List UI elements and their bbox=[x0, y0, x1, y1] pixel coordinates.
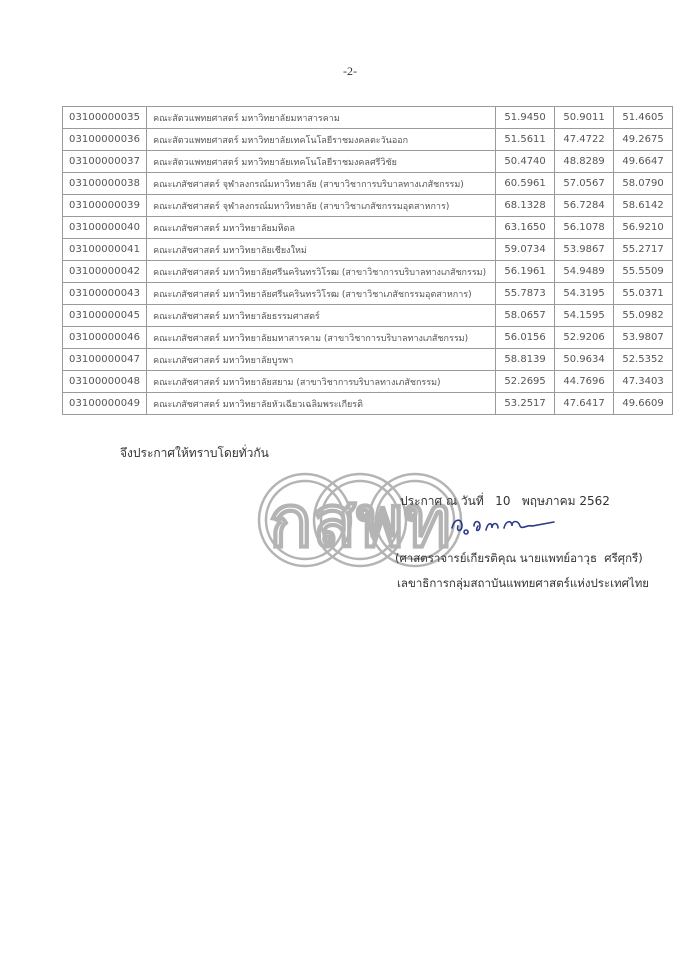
program-name-cell: คณะเภสัชศาสตร์ มหาวิทยาลัยมหิดล bbox=[147, 217, 496, 239]
program-name-cell: คณะเภสัชศาสตร์ มหาวิทยาลัยศรีนครินทรวิโร… bbox=[147, 283, 496, 305]
max-score-cell: 56.1961 bbox=[496, 261, 555, 283]
announcement-text: จึงประกาศให้ทราบโดยทั่วกัน bbox=[120, 444, 269, 463]
max-score-cell: 59.0734 bbox=[496, 239, 555, 261]
min-score-cell: 53.9867 bbox=[555, 239, 614, 261]
avg-score-cell: 49.6647 bbox=[614, 151, 673, 173]
max-score-cell: 56.0156 bbox=[496, 327, 555, 349]
min-score-cell: 48.8289 bbox=[555, 151, 614, 173]
max-score-cell: 51.9450 bbox=[496, 107, 555, 129]
program-code-cell: 03100000049 bbox=[63, 393, 147, 415]
max-score-cell: 50.4740 bbox=[496, 151, 555, 173]
min-score-cell: 57.0567 bbox=[555, 173, 614, 195]
table-row: 03100000039คณะเภสัชศาสตร์ จุฬาลงกรณ์มหาว… bbox=[63, 195, 673, 217]
program-name-cell: คณะเภสัชศาสตร์ จุฬาลงกรณ์มหาวิทยาลัย (สา… bbox=[147, 195, 496, 217]
program-code-cell: 03100000038 bbox=[63, 173, 147, 195]
avg-score-cell: 53.9807 bbox=[614, 327, 673, 349]
signer-title: เลขาธิการกลุ่มสถาบันแพทยศาสตร์แห่งประเทศ… bbox=[397, 575, 649, 593]
table-row: 03100000045คณะเภสัชศาสตร์ มหาวิทยาลัยธรร… bbox=[63, 305, 673, 327]
table-row: 03100000038คณะเภสัชศาสตร์ จุฬาลงกรณ์มหาว… bbox=[63, 173, 673, 195]
program-code-cell: 03100000046 bbox=[63, 327, 147, 349]
max-score-cell: 52.2695 bbox=[496, 371, 555, 393]
page-number: -2- bbox=[0, 64, 700, 79]
avg-score-cell: 58.0790 bbox=[614, 173, 673, 195]
avg-score-cell: 55.0982 bbox=[614, 305, 673, 327]
max-score-cell: 58.0657 bbox=[496, 305, 555, 327]
date-line: ประกาศ ณ วันที่ 10 พฤษภาคม 2562 bbox=[400, 492, 610, 511]
avg-score-cell: 56.9210 bbox=[614, 217, 673, 239]
program-name-cell: คณะสัตวแพทยศาสตร์ มหาวิทยาลัยมหาสารคาม bbox=[147, 107, 496, 129]
program-name-cell: คณะเภสัชศาสตร์ จุฬาลงกรณ์มหาวิทยาลัย (สา… bbox=[147, 173, 496, 195]
max-score-cell: 63.1650 bbox=[496, 217, 555, 239]
avg-score-cell: 51.4605 bbox=[614, 107, 673, 129]
program-code-cell: 03100000041 bbox=[63, 239, 147, 261]
program-name-cell: คณะสัตวแพทยศาสตร์ มหาวิทยาลัยเทคโนโลยีรา… bbox=[147, 129, 496, 151]
max-score-cell: 51.5611 bbox=[496, 129, 555, 151]
min-score-cell: 54.1595 bbox=[555, 305, 614, 327]
program-name-cell: คณะเภสัชศาสตร์ มหาวิทยาลัยหัวเฉียวเฉลิมพ… bbox=[147, 393, 496, 415]
program-name-cell: คณะสัตวแพทยศาสตร์ มหาวิทยาลัยเทคโนโลยีรา… bbox=[147, 151, 496, 173]
table-row: 03100000036คณะสัตวแพทยศาสตร์ มหาวิทยาลัย… bbox=[63, 129, 673, 151]
min-score-cell: 54.9489 bbox=[555, 261, 614, 283]
program-name-cell: คณะเภสัชศาสตร์ มหาวิทยาลัยบูรพา bbox=[147, 349, 496, 371]
program-code-cell: 03100000035 bbox=[63, 107, 147, 129]
min-score-cell: 54.3195 bbox=[555, 283, 614, 305]
min-score-cell: 44.7696 bbox=[555, 371, 614, 393]
min-score-cell: 47.4722 bbox=[555, 129, 614, 151]
avg-score-cell: 52.5352 bbox=[614, 349, 673, 371]
program-name-cell: คณะเภสัชศาสตร์ มหาวิทยาลัยธรรมศาสตร์ bbox=[147, 305, 496, 327]
signer-name: (ศาสตราจารย์เกียรติคุณ นายแพทย์อาวุธ ศรี… bbox=[395, 550, 643, 568]
table-row: 03100000042คณะเภสัชศาสตร์ มหาวิทยาลัยศรี… bbox=[63, 261, 673, 283]
table-row: 03100000035คณะสัตวแพทยศาสตร์ มหาวิทยาลัย… bbox=[63, 107, 673, 129]
max-score-cell: 53.2517 bbox=[496, 393, 555, 415]
max-score-cell: 58.8139 bbox=[496, 349, 555, 371]
program-name-cell: คณะเภสัชศาสตร์ มหาวิทยาลัยสยาม (สาขาวิชา… bbox=[147, 371, 496, 393]
min-score-cell: 56.7284 bbox=[555, 195, 614, 217]
min-score-cell: 56.1078 bbox=[555, 217, 614, 239]
min-score-cell: 50.9011 bbox=[555, 107, 614, 129]
table-row: 03100000040คณะเภสัชศาสตร์ มหาวิทยาลัยมหิ… bbox=[63, 217, 673, 239]
program-name-cell: คณะเภสัชศาสตร์ มหาวิทยาลัยเชียงใหม่ bbox=[147, 239, 496, 261]
avg-score-cell: 49.6609 bbox=[614, 393, 673, 415]
signature-icon bbox=[448, 512, 558, 538]
max-score-cell: 60.5961 bbox=[496, 173, 555, 195]
program-code-cell: 03100000037 bbox=[63, 151, 147, 173]
program-code-cell: 03100000047 bbox=[63, 349, 147, 371]
max-score-cell: 55.7873 bbox=[496, 283, 555, 305]
table-row: 03100000043คณะเภสัชศาสตร์ มหาวิทยาลัยศรี… bbox=[63, 283, 673, 305]
program-code-cell: 03100000036 bbox=[63, 129, 147, 151]
min-score-cell: 50.9634 bbox=[555, 349, 614, 371]
program-name-cell: คณะเภสัชศาสตร์ มหาวิทยาลัยศรีนครินทรวิโร… bbox=[147, 261, 496, 283]
table-row: 03100000047คณะเภสัชศาสตร์ มหาวิทยาลัยบูร… bbox=[63, 349, 673, 371]
avg-score-cell: 55.0371 bbox=[614, 283, 673, 305]
program-code-cell: 03100000039 bbox=[63, 195, 147, 217]
program-code-cell: 03100000040 bbox=[63, 217, 147, 239]
table-row: 03100000046คณะเภสัชศาสตร์ มหาวิทยาลัยมหา… bbox=[63, 327, 673, 349]
avg-score-cell: 55.2717 bbox=[614, 239, 673, 261]
score-table: 03100000035คณะสัตวแพทยศาสตร์ มหาวิทยาลัย… bbox=[62, 106, 673, 415]
table-row: 03100000048คณะเภสัชศาสตร์ มหาวิทยาลัยสยา… bbox=[63, 371, 673, 393]
program-code-cell: 03100000048 bbox=[63, 371, 147, 393]
table-row: 03100000041คณะเภสัชศาสตร์ มหาวิทยาลัยเชี… bbox=[63, 239, 673, 261]
program-code-cell: 03100000045 bbox=[63, 305, 147, 327]
avg-score-cell: 55.5509 bbox=[614, 261, 673, 283]
min-score-cell: 52.9206 bbox=[555, 327, 614, 349]
program-code-cell: 03100000042 bbox=[63, 261, 147, 283]
table-row: 03100000037คณะสัตวแพทยศาสตร์ มหาวิทยาลัย… bbox=[63, 151, 673, 173]
max-score-cell: 68.1328 bbox=[496, 195, 555, 217]
min-score-cell: 47.6417 bbox=[555, 393, 614, 415]
avg-score-cell: 47.3403 bbox=[614, 371, 673, 393]
program-code-cell: 03100000043 bbox=[63, 283, 147, 305]
avg-score-cell: 49.2675 bbox=[614, 129, 673, 151]
program-name-cell: คณะเภสัชศาสตร์ มหาวิทยาลัยมหาสารคาม (สาข… bbox=[147, 327, 496, 349]
avg-score-cell: 58.6142 bbox=[614, 195, 673, 217]
table-row: 03100000049คณะเภสัชศาสตร์ มหาวิทยาลัยหัว… bbox=[63, 393, 673, 415]
